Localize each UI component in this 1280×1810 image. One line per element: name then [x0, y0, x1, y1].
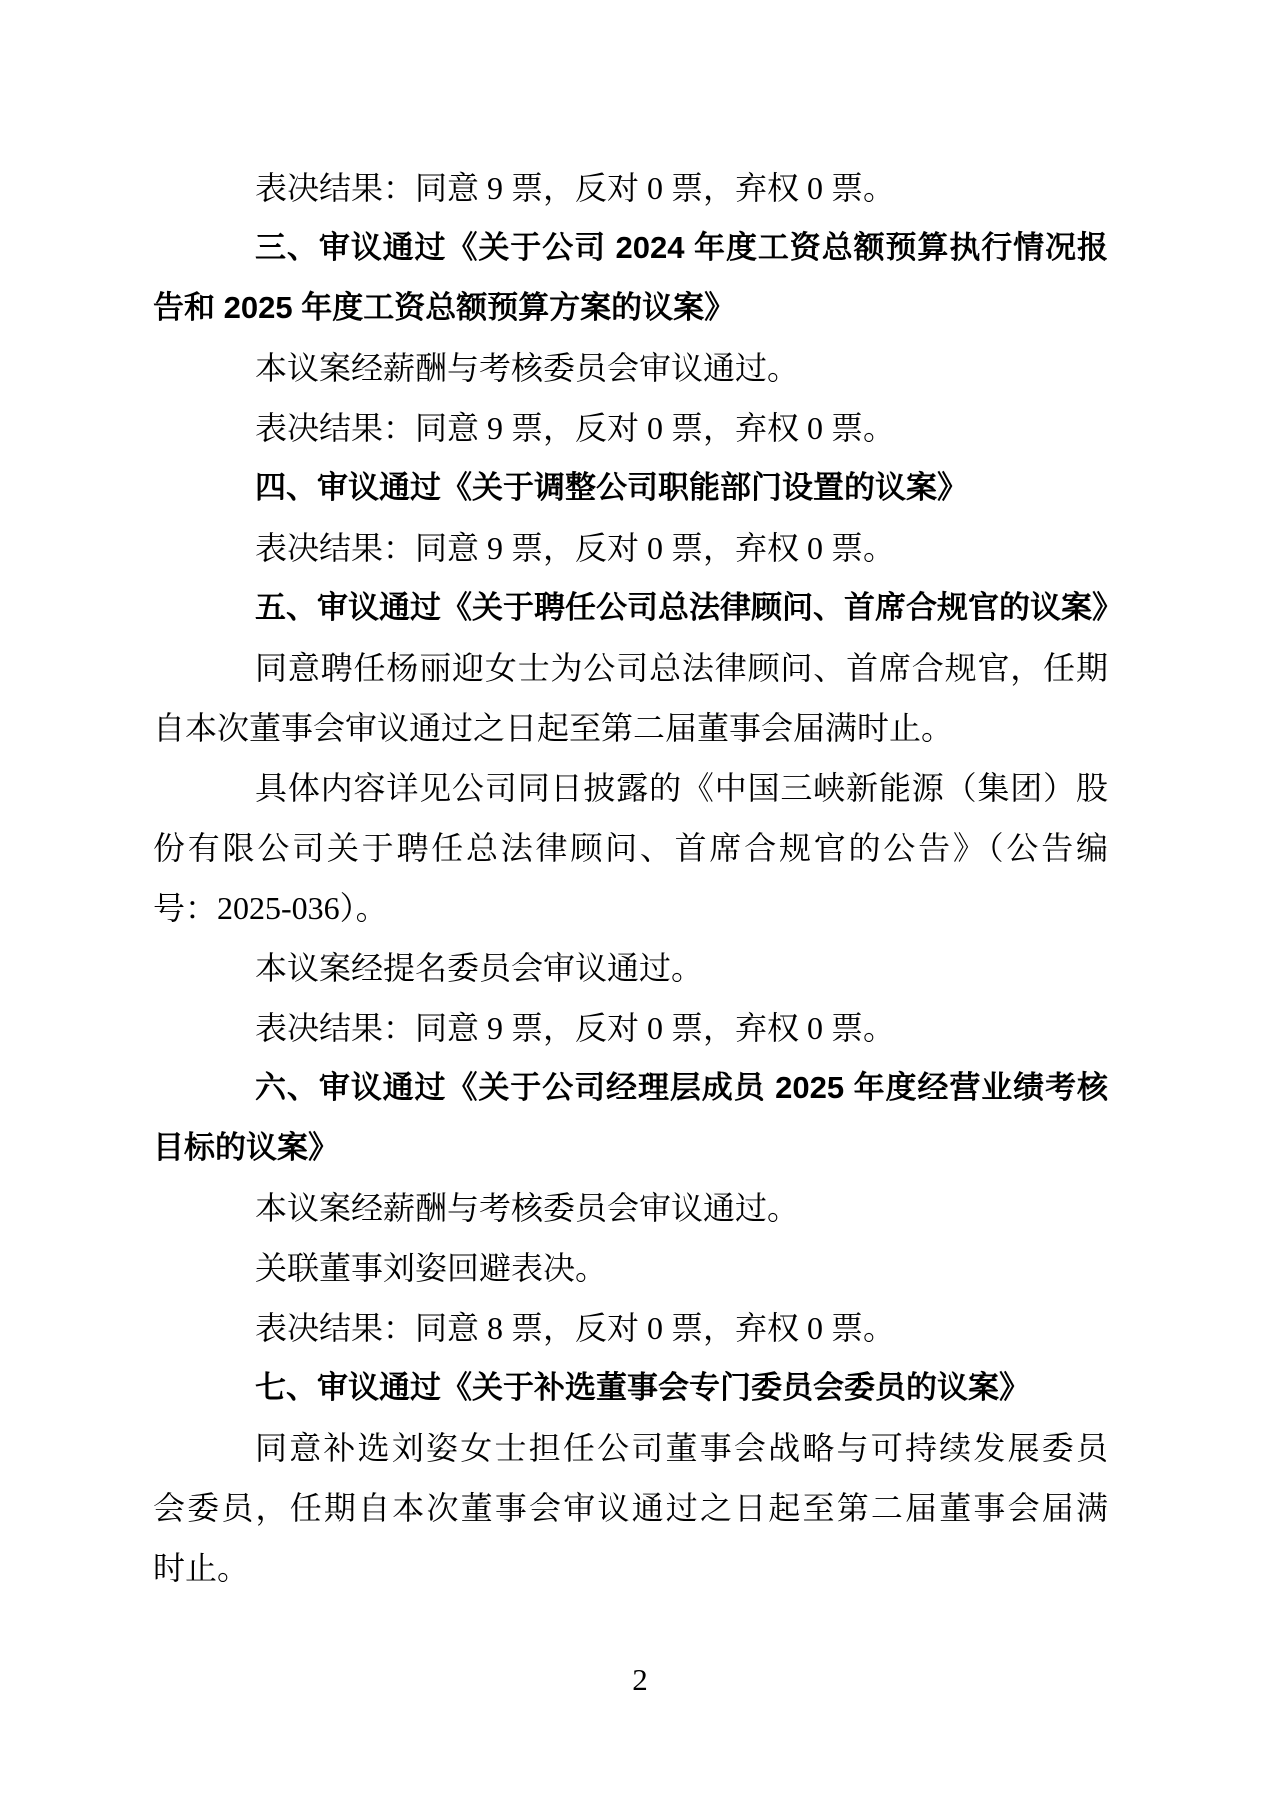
document-body: 表决结果：同意 9 票，反对 0 票，弃权 0 票。 三、审议通过《关于公司 2…	[153, 158, 1108, 1598]
committee-approval-text: 本议案经薪酬与考核委员会审议通过。	[153, 338, 1108, 398]
section-heading-4: 四、审议通过《关于调整公司职能部门设置的议案》	[153, 458, 1108, 518]
election-text-line3: 时止。	[153, 1538, 1108, 1598]
vote-result-text: 表决结果：同意 9 票，反对 0 票，弃权 0 票。	[153, 518, 1108, 578]
document-page: { "page": { "background": "#ffffff", "te…	[0, 0, 1280, 1810]
election-text-line1: 同意补选刘姿女士担任公司董事会战略与可持续发展委员	[153, 1418, 1108, 1478]
vote-result-text: 表决结果：同意 9 票，反对 0 票，弃权 0 票。	[153, 998, 1108, 1058]
section-heading-6-line1: 六、审议通过《关于公司经理层成员 2025 年度经营业绩考核	[153, 1058, 1108, 1118]
vote-result-text: 表决结果：同意 8 票，反对 0 票，弃权 0 票。	[153, 1298, 1108, 1358]
committee-approval-text: 本议案经提名委员会审议通过。	[153, 938, 1108, 998]
recusal-text: 关联董事刘姿回避表决。	[153, 1238, 1108, 1298]
section-heading-3-line1: 三、审议通过《关于公司 2024 年度工资总额预算执行情况报	[153, 218, 1108, 278]
vote-result-text: 表决结果：同意 9 票，反对 0 票，弃权 0 票。	[153, 398, 1108, 458]
vote-result-text: 表决结果：同意 9 票，反对 0 票，弃权 0 票。	[153, 158, 1108, 218]
page-number: 2	[0, 1655, 1280, 1705]
section-heading-6-line2: 目标的议案》	[153, 1118, 1108, 1178]
election-text-line2: 会委员，任期自本次董事会审议通过之日起至第二届董事会届满	[153, 1478, 1108, 1538]
section-heading-5: 五、审议通过《关于聘任公司总法律顾问、首席合规官的议案》	[153, 578, 1108, 638]
appointment-text-line2: 自本次董事会审议通过之日起至第二届董事会届满时止。	[153, 698, 1108, 758]
disclosure-text-line3: 号：2025-036）。	[153, 878, 1108, 938]
appointment-text-line1: 同意聘任杨丽迎女士为公司总法律顾问、首席合规官，任期	[153, 638, 1108, 698]
disclosure-text-line2: 份有限公司关于聘任总法律顾问、首席合规官的公告》（公告编	[153, 818, 1108, 878]
committee-approval-text: 本议案经薪酬与考核委员会审议通过。	[153, 1178, 1108, 1238]
section-heading-7: 七、审议通过《关于补选董事会专门委员会委员的议案》	[153, 1358, 1108, 1418]
section-heading-3-line2: 告和 2025 年度工资总额预算方案的议案》	[153, 278, 1108, 338]
disclosure-text-line1: 具体内容详见公司同日披露的《中国三峡新能源（集团）股	[153, 758, 1108, 818]
